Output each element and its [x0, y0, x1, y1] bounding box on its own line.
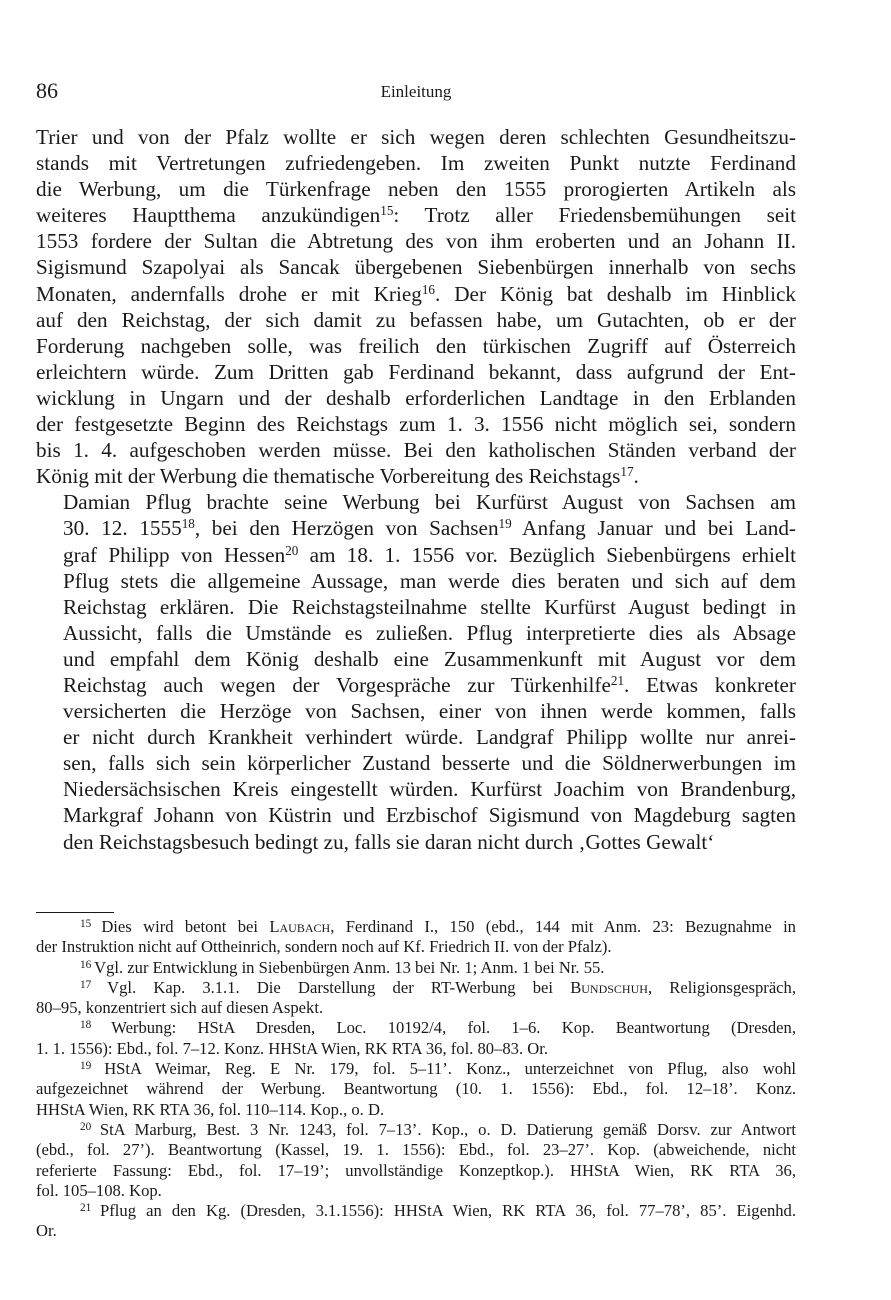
- footnote-line: fol. 105–108. Kop.: [36, 1181, 796, 1201]
- footnote-line: 17 Vgl. Kap. 3.1.1. Die Darstellung der …: [36, 978, 796, 998]
- text-line: Reichstag auch wegen der Vorgespräche zu…: [36, 672, 796, 698]
- footnote-number: 17: [80, 979, 107, 991]
- page-header: 86 Einleitung: [36, 78, 796, 108]
- text-line: den Reichstagsbesuch bedingt zu, falls s…: [36, 829, 796, 855]
- footnote-17: 17 Vgl. Kap. 3.1.1. Die Darstellung der …: [36, 978, 796, 1019]
- text-line: Niedersächsischen Kreis eingestellt würd…: [36, 776, 796, 802]
- footnote-reference[interactable]: 19: [499, 516, 512, 531]
- text-line: Trier und von der Pfalz wollte er sich w…: [36, 124, 796, 150]
- footnote-number: 19: [80, 1060, 104, 1072]
- text-line: Sigismund Szapolyai als Sancak übergeben…: [36, 254, 796, 280]
- text-line: stands mit Vertretungen zufriedengeben. …: [36, 150, 796, 176]
- footnote-reference[interactable]: 17: [620, 464, 633, 479]
- text-line: und empfahl dem König deshalb eine Zusam…: [36, 646, 796, 672]
- footnote-16: 16 Vgl. zur Entwicklung in Siebenbürgen …: [36, 958, 796, 978]
- footnote-line: 18 Werbung: HStA Dresden, Loc. 10192/4, …: [36, 1018, 796, 1038]
- text-line: wicklung in Ungarn und der deshalb erfor…: [36, 385, 796, 411]
- running-head: Einleitung: [36, 82, 796, 102]
- footnote-19: 19 HStA Weimar, Reg. E Nr. 179, fol. 5–1…: [36, 1059, 796, 1120]
- footnote-line: der Instruktion nicht auf Ottheinrich, s…: [36, 937, 796, 957]
- footnote-reference[interactable]: 20: [285, 542, 298, 557]
- text-line: Forderung nachgeben solle, was freilich …: [36, 333, 796, 359]
- text-line: auf den Reichstag, der sich damit zu bef…: [36, 307, 796, 333]
- footnote-number: 15: [80, 918, 101, 930]
- text-line: 1553 fordere der Sultan die Abtretung de…: [36, 228, 796, 254]
- text-line: Markgraf Johann von Küstrin und Erzbisch…: [36, 802, 796, 828]
- text-line: bis 1. 4. aufgeschoben werden müsse. Bei…: [36, 437, 796, 463]
- footnote-reference[interactable]: 18: [182, 516, 195, 531]
- main-text: Trier und von der Pfalz wollte er sich w…: [36, 124, 796, 855]
- text-line: der festgesetzte Beginn des Reichstags z…: [36, 411, 796, 437]
- text-line: 30. 12. 155518, bei den Herzögen von Sac…: [36, 515, 796, 541]
- text-line: König mit der Werbung die thematische Vo…: [36, 463, 796, 489]
- footnote-line: 15 Dies wird betont bei Laubach, Ferdina…: [36, 917, 796, 937]
- footnote-20: 20 StA Marburg, Best. 3 Nr. 1243, fol. 7…: [36, 1120, 796, 1201]
- text-line: Reichstag erklären. Die Reichstagsteilna…: [36, 594, 796, 620]
- footnote-line: 20 StA Marburg, Best. 3 Nr. 1243, fol. 7…: [36, 1120, 796, 1140]
- footnote-18: 18 Werbung: HStA Dresden, Loc. 10192/4, …: [36, 1018, 796, 1059]
- text-line: Pflug stets die allgemeine Aussage, man …: [36, 568, 796, 594]
- text-line: graf Philipp von Hessen20 am 18. 1. 1556…: [36, 542, 796, 568]
- footnote-number: 20: [80, 1121, 100, 1133]
- text-line: Damian Pflug brachte seine Werbung bei K…: [36, 489, 796, 515]
- footnote-15: 15 Dies wird betont bei Laubach, Ferdina…: [36, 917, 796, 958]
- footnote-reference[interactable]: 21: [611, 673, 624, 688]
- footnote-line: 21 Pflug an den Kg. (Dresden, 3.1.1556):…: [36, 1201, 796, 1221]
- text-line: sen, falls sich sein körperlicher Zustan…: [36, 750, 796, 776]
- footnote-line: 16 Vgl. zur Entwicklung in Siebenbürgen …: [36, 958, 796, 978]
- text-line: versicherten die Herzöge von Sachsen, ei…: [36, 698, 796, 724]
- text-line: die Werbung, um die Türkenfrage neben de…: [36, 176, 796, 202]
- footnote-number: 16: [80, 959, 94, 971]
- footnote-number: 21: [80, 1202, 100, 1214]
- footnote-line: 80–95, konzentriert sich auf diesen Aspe…: [36, 998, 796, 1018]
- footnote-reference[interactable]: 16: [422, 281, 435, 296]
- text-line: erleichtern würde. Zum Dritten gab Ferdi…: [36, 359, 796, 385]
- footnote-line: 1. 1. 1556): Ebd., fol. 7–12. Konz. HHSt…: [36, 1039, 796, 1059]
- text-line: Monaten, andernfalls drohe er mit Krieg1…: [36, 281, 796, 307]
- footnote-separator: [36, 912, 114, 913]
- text-line: Aussicht, falls die Umstände es zuließen…: [36, 620, 796, 646]
- paragraph: Trier und von der Pfalz wollte er sich w…: [36, 124, 796, 489]
- footnote-line: Or.: [36, 1221, 796, 1241]
- footnote-line: aufgezeichnet während der Werbung. Beant…: [36, 1079, 796, 1099]
- footnote-line: (ebd., fol. 27’). Beantwortung (Kassel, …: [36, 1140, 796, 1160]
- text-line: weiteres Hauptthema anzukündigen15: Trot…: [36, 202, 796, 228]
- author-name: Bundschuh: [570, 978, 648, 997]
- footnotes: 15 Dies wird betont bei Laubach, Ferdina…: [36, 917, 796, 1242]
- footnote-line: referierte Fassung: Ebd., fol. 17–19’; u…: [36, 1161, 796, 1181]
- paragraph: Damian Pflug brachte seine Werbung bei K…: [36, 489, 796, 854]
- footnote-number: 18: [80, 1019, 111, 1031]
- footnote-21: 21 Pflug an den Kg. (Dresden, 3.1.1556):…: [36, 1201, 796, 1242]
- author-name: Laubach: [269, 917, 330, 936]
- footnote-line: 19 HStA Weimar, Reg. E Nr. 179, fol. 5–1…: [36, 1059, 796, 1079]
- text-line: er nicht durch Krankheit verhindert würd…: [36, 724, 796, 750]
- footnote-reference[interactable]: 15: [380, 203, 393, 218]
- footnote-line: HHStA Wien, RK RTA 36, fol. 110–114. Kop…: [36, 1100, 796, 1120]
